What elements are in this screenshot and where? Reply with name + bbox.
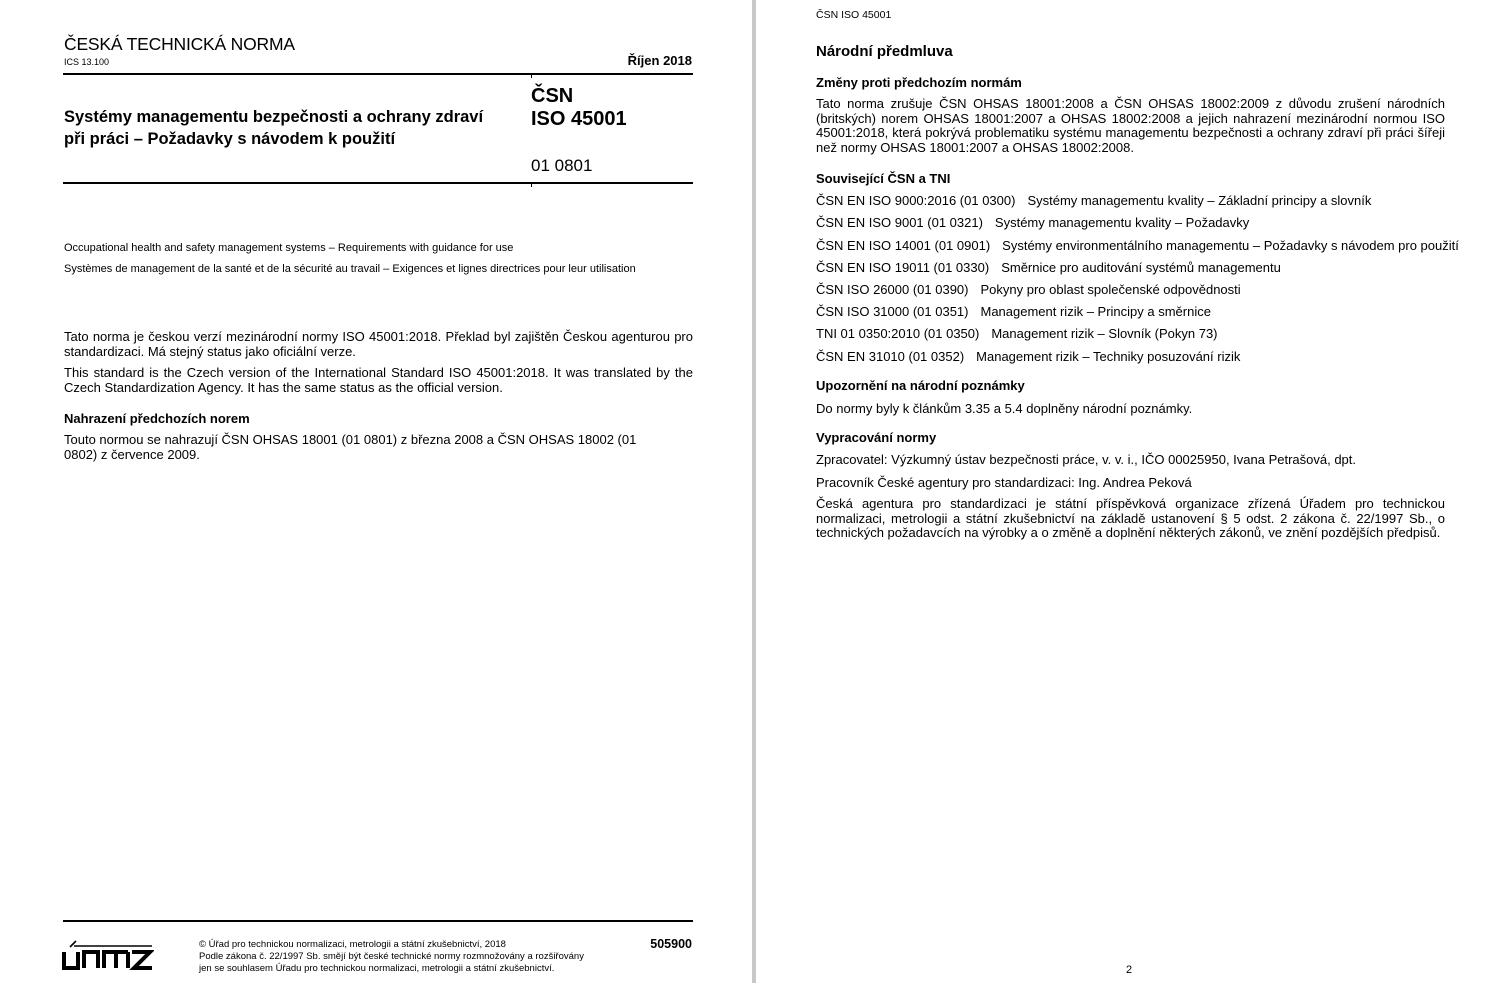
country-standard-title: ČESKÁ TECHNICKÁ NORMA — [64, 34, 295, 55]
document-page-1: ČESKÁ TECHNICKÁ NORMA ICS 13.100 Říjen 2… — [0, 0, 752, 983]
intro-english: This standard is the Czech version of th… — [64, 366, 693, 395]
column-tick — [531, 75, 532, 78]
national-notes-text: Do normy byly k článkům 3.35 a 5.4 dopln… — [816, 401, 1192, 416]
running-header: ČSN ISO 45001 — [816, 9, 891, 21]
related-standard-item: ČSN ISO 26000 (01 0390)Pokyny pro oblast… — [816, 282, 1241, 297]
national-notes-heading: Upozornění na národní poznámky — [816, 378, 1025, 393]
changes-text: Tato norma zrušuje ČSN OHSAS 18001:2008 … — [816, 97, 1445, 155]
document-page-2: ČSN ISO 45001 Národní předmluva Změny pr… — [756, 0, 1508, 983]
ics-code: ICS 13.100 — [64, 57, 109, 67]
standard-code-line1: ČSN — [531, 85, 627, 108]
page-number: 2 — [1126, 964, 1132, 976]
footer-legal-text: © Úřad pro technickou normalizaci, metro… — [199, 939, 584, 975]
changes-heading: Změny proti předchozím normám — [816, 75, 1022, 90]
related-standard-item: ČSN EN 31010 (01 0352)Management rizik –… — [816, 349, 1240, 364]
replacement-text: Touto normou se nahrazují ČSN OHSAS 1800… — [64, 433, 664, 462]
unmz-logo-icon — [62, 938, 154, 974]
standard-title: Systémy managementu bezpečnosti a ochran… — [64, 106, 504, 150]
related-standard-item: ČSN EN ISO 9000:2016 (01 0300)Systémy ma… — [816, 193, 1371, 208]
classification-number: 01 0801 — [531, 156, 592, 176]
related-standard-item: ČSN ISO 31000 (01 0351)Management rizik … — [816, 304, 1211, 319]
catalog-number: 505900 — [650, 937, 692, 951]
related-standard-item: TNI 01 0350:2010 (01 0350)Management riz… — [816, 326, 1218, 341]
intro-czech: Tato norma je českou verzí mezinárodní n… — [64, 330, 693, 359]
header-rule-top — [63, 73, 693, 75]
agency-worker: Pracovník České agentury pro standardiza… — [816, 475, 1192, 490]
related-standard-item: ČSN EN ISO 14001 (01 0901)Systémy enviro… — [816, 238, 1459, 253]
copyright-line: © Úřad pro technickou normalizaci, metro… — [199, 939, 584, 951]
related-standards-heading: Související ČSN a TNI — [816, 171, 950, 186]
related-standard-item: ČSN EN ISO 19011 (01 0330)Směrnice pro a… — [816, 260, 1281, 275]
title-english: Occupational health and safety managemen… — [64, 242, 513, 254]
legal-line-2: jen se souhlasem Úřadu pro technickou no… — [199, 963, 584, 975]
related-standard-item: ČSN EN ISO 9001 (01 0321)Systémy managem… — [816, 215, 1249, 230]
replacement-heading: Nahrazení předchozích norem — [64, 411, 250, 426]
agency-text: Česká agentura pro standardizaci je stát… — [816, 497, 1445, 541]
header-rule-bottom — [63, 182, 693, 184]
title-french: Systèmes de management de la santé et de… — [64, 263, 636, 275]
footer-rule — [63, 920, 693, 922]
national-foreword-heading: Národní předmluva — [816, 43, 953, 60]
prepared-heading: Vypracování normy — [816, 430, 936, 445]
prepared-by: Zpracovatel: Výzkumný ústav bezpečnosti … — [816, 452, 1356, 467]
publication-date: Říjen 2018 — [628, 53, 692, 68]
legal-line-1: Podle zákona č. 22/1997 Sb. smějí být če… — [199, 951, 584, 963]
column-tick — [531, 184, 532, 187]
standard-code-line2: ISO 45001 — [531, 108, 627, 131]
standard-code: ČSN ISO 45001 — [531, 85, 627, 131]
